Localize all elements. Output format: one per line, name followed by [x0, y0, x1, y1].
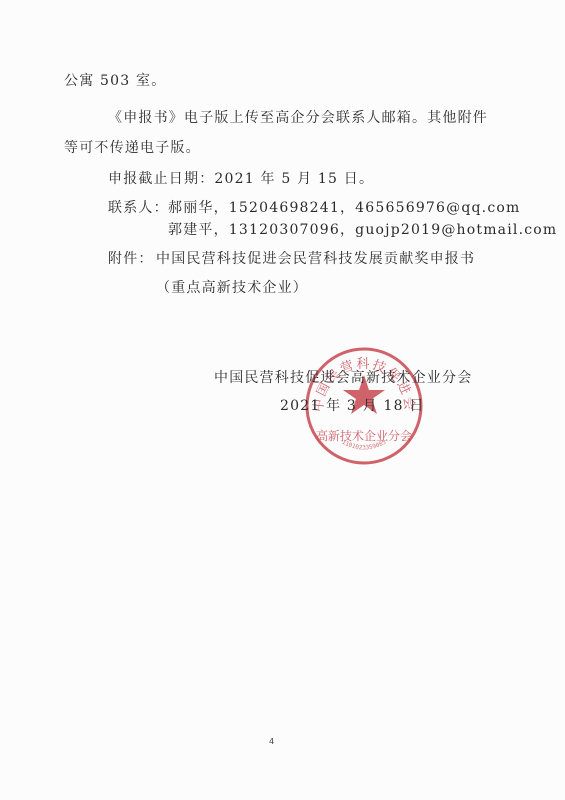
signature-date: 2021 年 3 月 18 日 [280, 397, 425, 415]
address-tail-text: 公寓 503 室。 [64, 72, 166, 90]
upload-instruction-line1: 《申报书》电子版上传至高企分会联系人邮箱。其他附件 [108, 109, 488, 127]
deadline-text: 申报截止日期：2021 年 5 月 15 日。 [108, 170, 374, 188]
attachment-label: 附件： [108, 250, 154, 268]
contact-1: 郝丽华，15204698241，465656976@qq.com [168, 199, 520, 217]
attachment-title-line1: 中国民营科技促进会民营科技发展贡献奖申报书 [156, 250, 475, 268]
document-page: 公寓 503 室。 《申报书》电子版上传至高企分会联系人邮箱。其他附件 等可不传… [0, 0, 565, 800]
contact-2: 郭建平，13120307096，guojp2019@hotmail.com [168, 221, 557, 239]
page-number: 4 [269, 737, 274, 746]
upload-instruction-line2: 等可不传递电子版。 [64, 139, 201, 157]
signature-organization: 中国民营科技促进会高新技术企业分会 [214, 369, 472, 387]
attachment-title-line2: （重点高新技术企业） [156, 279, 308, 297]
contact-label: 联系人： [108, 199, 169, 217]
stamp-bottom-text: 高新技术企业分会 [316, 428, 412, 443]
